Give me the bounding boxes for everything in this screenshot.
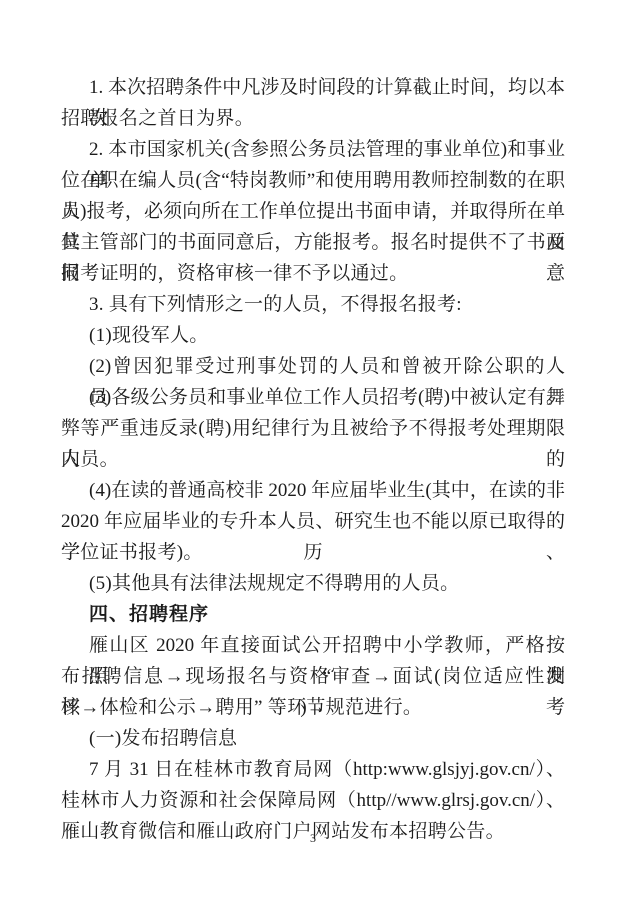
text-line: (3)各级公务员和事业单位工作人员招考(聘)中被认定有舞: [61, 382, 565, 413]
text-line: 2. 本市国家机关(含参照公务员法管理的事业单位)和事业单: [61, 134, 565, 165]
text-line: (1)现役军人。: [61, 320, 565, 351]
text-line: 其主管部门的书面同意后，方能报考。报名时提供不了书面同意: [61, 227, 565, 258]
text-line: 雁山区 2020 年直接面试公开招聘中小学教师，严格按照“发: [61, 630, 565, 661]
text-line: (5)其他具有法律法规规定不得聘用的人员。: [61, 568, 565, 599]
text-line: 7 月 31 日在桂林市教育局网（http:www.glsjyj.gov.cn/…: [61, 754, 565, 785]
page-number: 3: [61, 830, 565, 846]
document-body: 1. 本次招聘条件中凡涉及时间段的计算截止时间，均以本次 招聘报名之首日为界。 …: [61, 72, 565, 847]
text-line: 位在职在编人员(含“特岗教师”和使用聘用教师控制数的在职人: [61, 165, 565, 196]
text-line: (2)曾因犯罪受过刑事处罚的人员和曾被开除公职的人员。: [61, 351, 565, 382]
text-line: (4)在读的普通高校非 2020 年应届毕业生(其中，在读的非: [61, 475, 565, 506]
text-line: 布招聘信息→现场报名与资格审查→面试(岗位适应性测评)→考: [61, 661, 565, 692]
text-line: 1. 本次招聘条件中凡涉及时间段的计算截止时间，均以本次: [61, 72, 565, 103]
text-line: 招聘报名之首日为界。: [61, 103, 565, 134]
section-heading: 四、招聘程序: [61, 599, 565, 630]
text-line: 员)报考，必须向所在工作单位提出书面申请，并取得所在单位及: [61, 196, 565, 227]
document-page: 1. 本次招聘条件中凡涉及时间段的计算截止时间，均以本次 招聘报名之首日为界。 …: [0, 0, 636, 900]
text-line: 3. 具有下列情形之一的人员，不得报名报考:: [61, 289, 565, 320]
text-line: 桂林市人力资源和社会保障局网（http//www.glrsj.gov.cn/）、: [61, 785, 565, 816]
text-line: 2020 年应届毕业的专升本人员、研究生也不能以原已取得的学历、: [61, 506, 565, 537]
text-line: (一)发布招聘信息: [61, 723, 565, 754]
text-line: 弊等严重违反录(聘)用纪律行为且被给予不得报考处理期限内的: [61, 413, 565, 444]
